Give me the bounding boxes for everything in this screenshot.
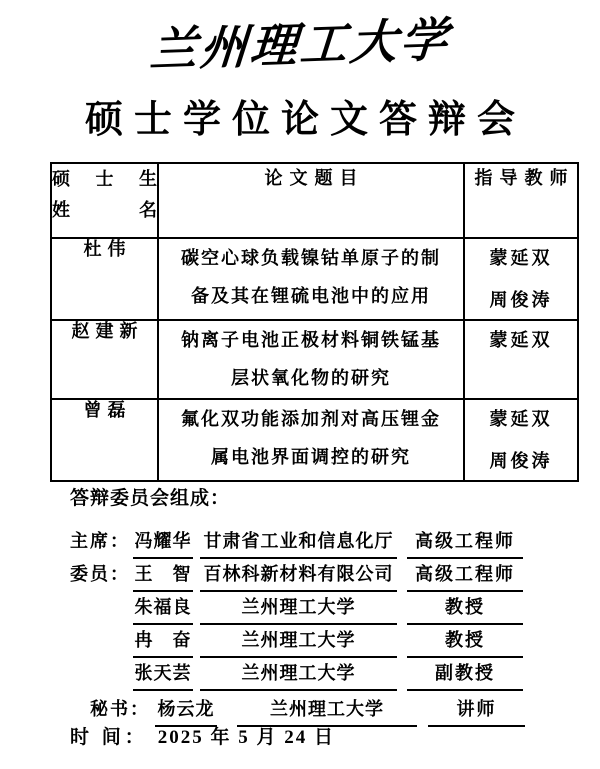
committee-member-row: 委员： 王 智 百林科新材料有限公司 高级工程师: [0, 560, 600, 588]
member-name: 冯耀华: [133, 527, 193, 559]
member-title: 教授: [407, 626, 523, 658]
member-name: 杨云龙: [155, 695, 217, 727]
member-affiliation: 兰州理工大学: [200, 659, 397, 691]
thesis-title-cell: 氟化双功能添加剂对高压锂金 属电池界面调控的研究: [158, 399, 464, 481]
member-title: 高级工程师: [407, 560, 523, 592]
header-char: 姓: [52, 195, 70, 226]
student-name: 曾磊: [51, 399, 158, 481]
thesis-line: 碳空心球负载镍钴单原子的制: [159, 239, 463, 277]
committee-member-row: 张天芸 兰州理工大学 副教授: [0, 659, 600, 687]
header-advisor: 指导教师: [464, 163, 578, 238]
member-title: 讲师: [428, 695, 525, 727]
member-affiliation: 兰州理工大学: [200, 593, 397, 625]
member-affiliation: 兰州理工大学: [237, 695, 417, 727]
member-name: 王 智: [133, 560, 193, 592]
thesis-title-cell: 碳空心球负载镍钴单原子的制 备及其在锂硫电池中的应用: [158, 238, 464, 320]
university-calligraphy-logo: 兰州理工大学: [0, 5, 600, 86]
student-name: 赵建新: [51, 320, 158, 399]
committee-member-row: 朱福良 兰州理工大学 教授: [0, 593, 600, 621]
member-role-label: 主席：: [70, 527, 130, 553]
advisor-cell: 蒙延双: [464, 320, 578, 399]
member-affiliation: 百林科新材料有限公司: [200, 560, 397, 592]
header-char: 名: [139, 195, 157, 226]
thesis-line: 备及其在锂硫电池中的应用: [159, 277, 463, 315]
advisor-name: 周俊涛: [465, 442, 577, 480]
document-page: 兰州理工大学 硕士学位论文答辩会 硕 士 生 姓 名: [0, 0, 600, 769]
thesis-line: 属电池界面调控的研究: [159, 438, 463, 476]
defense-time-row: 时 间： 2025 年 5 月 24 日: [70, 726, 335, 750]
header-student-line2: 姓 名: [52, 195, 157, 226]
advisor-name: 蒙延双: [465, 321, 577, 359]
header-student-name: 硕 士 生 姓 名: [51, 163, 158, 238]
header-char: 士: [96, 164, 114, 195]
thesis-line: 钠离子电池正极材料铜铁锰基: [159, 321, 463, 359]
member-name: 冉 奋: [133, 626, 193, 658]
committee-heading: 答辩委员会组成：: [70, 488, 230, 510]
page-title: 硕士学位论文答辩会: [0, 96, 600, 144]
advisor-name: 周俊涛: [465, 281, 577, 319]
thesis-title-cell: 钠离子电池正极材料铜铁锰基 层状氧化物的研究: [158, 320, 464, 399]
time-value: 2025 年 5 月 24 日: [158, 726, 335, 750]
header-thesis-title: 论文题目: [158, 163, 464, 238]
student-name: 杜伟: [51, 238, 158, 320]
committee-member-row: 冉 奋 兰州理工大学 教授: [0, 626, 600, 654]
defense-table: 硕 士 生 姓 名 论文题目 指导教师 杜伟 碳空心球负载镍钴单原子的制 备及其…: [50, 162, 579, 482]
member-title: 高级工程师: [407, 527, 523, 559]
member-role-label: 委员：: [70, 560, 130, 586]
time-label: 时 间：: [70, 726, 148, 750]
header-student-line1: 硕 士 生: [52, 164, 157, 195]
committee-member-row: 主席： 冯耀华 甘肃省工业和信息化厅 高级工程师: [0, 527, 600, 555]
member-name: 张天芸: [133, 659, 193, 691]
advisor-cell: 蒙延双 周俊涛: [464, 238, 578, 320]
table-header-row: 硕 士 生 姓 名 论文题目 指导教师: [51, 163, 578, 238]
header-char: 硕: [52, 164, 70, 195]
member-affiliation: 兰州理工大学: [200, 626, 397, 658]
thesis-line: 氟化双功能添加剂对高压锂金: [159, 400, 463, 438]
table-row: 赵建新 钠离子电池正极材料铜铁锰基 层状氧化物的研究 蒙延双: [51, 320, 578, 399]
header-char: 生: [139, 164, 157, 195]
advisor-cell: 蒙延双 周俊涛: [464, 399, 578, 481]
table-row: 曾磊 氟化双功能添加剂对高压锂金 属电池界面调控的研究 蒙延双 周俊涛: [51, 399, 578, 481]
member-title: 教授: [407, 593, 523, 625]
committee-secretary-row: 秘书： 杨云龙 兰州理工大学 讲师: [0, 695, 600, 723]
table-row: 杜伟 碳空心球负载镍钴单原子的制 备及其在锂硫电池中的应用 蒙延双 周俊涛: [51, 238, 578, 320]
advisor-name: 蒙延双: [465, 239, 577, 277]
member-title: 副教授: [407, 659, 523, 691]
advisor-name: 蒙延双: [465, 400, 577, 438]
thesis-line: 层状氧化物的研究: [159, 359, 463, 397]
member-name: 朱福良: [133, 593, 193, 625]
member-affiliation: 甘肃省工业和信息化厅: [200, 527, 397, 559]
member-role-label: 秘书：: [90, 695, 150, 721]
